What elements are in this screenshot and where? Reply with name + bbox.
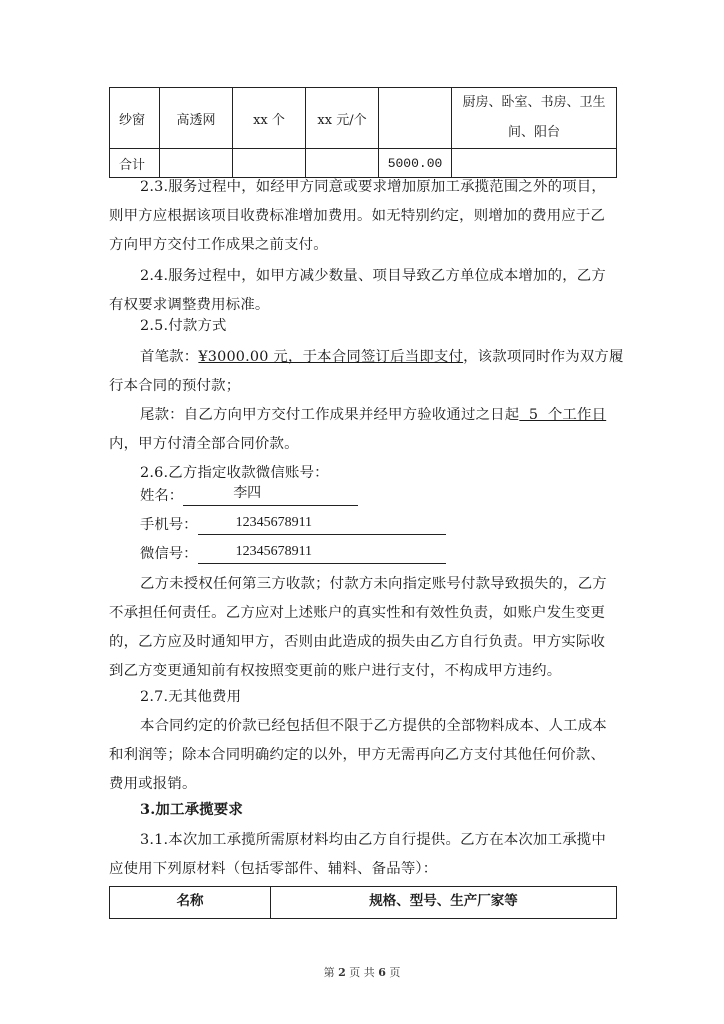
item-spec-cell: 高透网 (160, 88, 233, 149)
account-name-value: 李四 (233, 484, 261, 504)
item-name-cell: 纱窗 (110, 88, 160, 149)
account-name-label: 姓名： (140, 488, 183, 504)
item-unit-price-cell: xx 元/个 (306, 88, 379, 149)
account-phone-field: 12345678911 (198, 516, 446, 535)
first-payment-rest: ，该款项同时作为双方履 (463, 349, 624, 365)
clause-2-6-para-line1: 乙方未授权任何第三方收款；付款方未向指定账号付款导致损失的，乙方 (109, 570, 650, 599)
table-header-row: 名称 规格、型号、生产厂家等 (110, 887, 617, 919)
document-page: 纱窗 高透网 xx 个 xx 元/个 厨房、卧室、书房、卫生间、阳台 合计 50… (0, 0, 724, 1024)
first-payment-terms: ¥3000.00 元，于本合同签订后当即支付 (198, 349, 463, 365)
clause-3-1-line1: 3.1.本次加工承揽所需原材料均由乙方自行提供。乙方在本次加工承揽中 (109, 826, 650, 855)
clause-2-6-para-line4: 到乙方变更通知前有权按照变更前的账户进行支付，不构成甲方违约。 (109, 657, 619, 686)
item-qty-cell: xx 个 (233, 88, 306, 149)
account-name-row: 姓名：李四 (140, 486, 358, 506)
clause-2-3-line1: 2.3.服务过程中，如经甲方同意或要求增加原加工承揽范围之外的项目， (109, 173, 650, 202)
footer-suffix: 页 (389, 966, 400, 979)
final-payment-days: 5 个工作日 (519, 407, 606, 423)
header-name: 名称 (110, 887, 271, 919)
current-page-number: 2 (338, 966, 346, 979)
account-phone-label: 手机号： (140, 517, 198, 533)
account-phone-row: 手机号：12345678911 (140, 515, 446, 535)
account-phone-value: 12345678911 (236, 513, 312, 533)
clause-2-7-line2: 和利润等；除本合同明确约定的以外，甲方无需再向乙方支付其他任何价款、 (109, 741, 619, 770)
clause-3-1-line2: 应使用下列原材料（包括零部件、辅料、备品等）： (109, 855, 619, 884)
header-spec: 规格、型号、生产厂家等 (271, 887, 617, 919)
pricing-table: 纱窗 高透网 xx 个 xx 元/个 厨房、卧室、书房、卫生间、阳台 合计 50… (109, 87, 617, 178)
final-payment-line: 尾款：自乙方向甲方交付工作成果并经甲方验收通过之日起 5 个工作日 (109, 401, 650, 430)
item-location-cell: 厨房、卧室、书房、卫生间、阳台 (452, 88, 617, 149)
total-page-number: 6 (378, 966, 386, 979)
clause-2-3-line3: 方向甲方交付工作成果之前支付。 (109, 231, 619, 260)
account-name-field: 李四 (183, 487, 358, 506)
page-footer: 第 2 页 共 6 页 (0, 964, 724, 980)
clause-2-4-line1: 2.4.服务过程中，如甲方减少数量、项目导致乙方单位成本增加的，乙方 (109, 262, 650, 291)
first-payment-label: 首笔款： (140, 349, 198, 365)
final-payment-line2: 内，甲方付清全部合同价款。 (109, 430, 619, 459)
footer-middle: 页 共 (349, 966, 375, 979)
account-wechat-field: 12345678911 (198, 545, 446, 564)
clause-2-3-line2: 则甲方应根据该项目收费标准增加费用。如无特别约定，则增加的费用应于乙 (109, 202, 619, 231)
account-wechat-value: 12345678911 (236, 542, 312, 562)
footer-prefix: 第 (324, 966, 335, 979)
account-wechat-row: 微信号：12345678911 (140, 544, 446, 564)
clause-2-6-title: 2.6.乙方指定收款微信账号： (109, 459, 650, 488)
clause-2-7-line1: 本合同约定的价款已经包括但不限于乙方提供的全部物料成本、人工成本 (109, 712, 650, 741)
item-amount-cell (379, 88, 452, 149)
first-payment-line: 首笔款：¥3000.00 元，于本合同签订后当即支付，该款项同时作为双方履 (109, 343, 650, 372)
account-wechat-label: 微信号： (140, 546, 198, 562)
clause-2-6-para-line3: 的，乙方应及时通知甲方，否则由此造成的损失由乙方自行负责。甲方实际收 (109, 628, 619, 657)
materials-table: 名称 规格、型号、生产厂家等 (109, 886, 617, 919)
clause-2-5-title: 2.5.付款方式 (109, 312, 650, 341)
clause-2-7-title: 2.7.无其他费用 (109, 683, 650, 712)
clause-2-6-para-line2: 不承担任何责任。乙方应对上述账户的真实性和有效性负责，如账户发生变更 (109, 599, 619, 628)
section-3-title: 3.加工承揽要求 (109, 795, 650, 824)
final-payment-prefix: 尾款：自乙方向甲方交付工作成果并经甲方验收通过之日起 (140, 407, 519, 423)
table-row: 纱窗 高透网 xx 个 xx 元/个 厨房、卧室、书房、卫生间、阳台 (110, 88, 617, 149)
first-payment-line2: 行本合同的预付款； (109, 372, 619, 401)
